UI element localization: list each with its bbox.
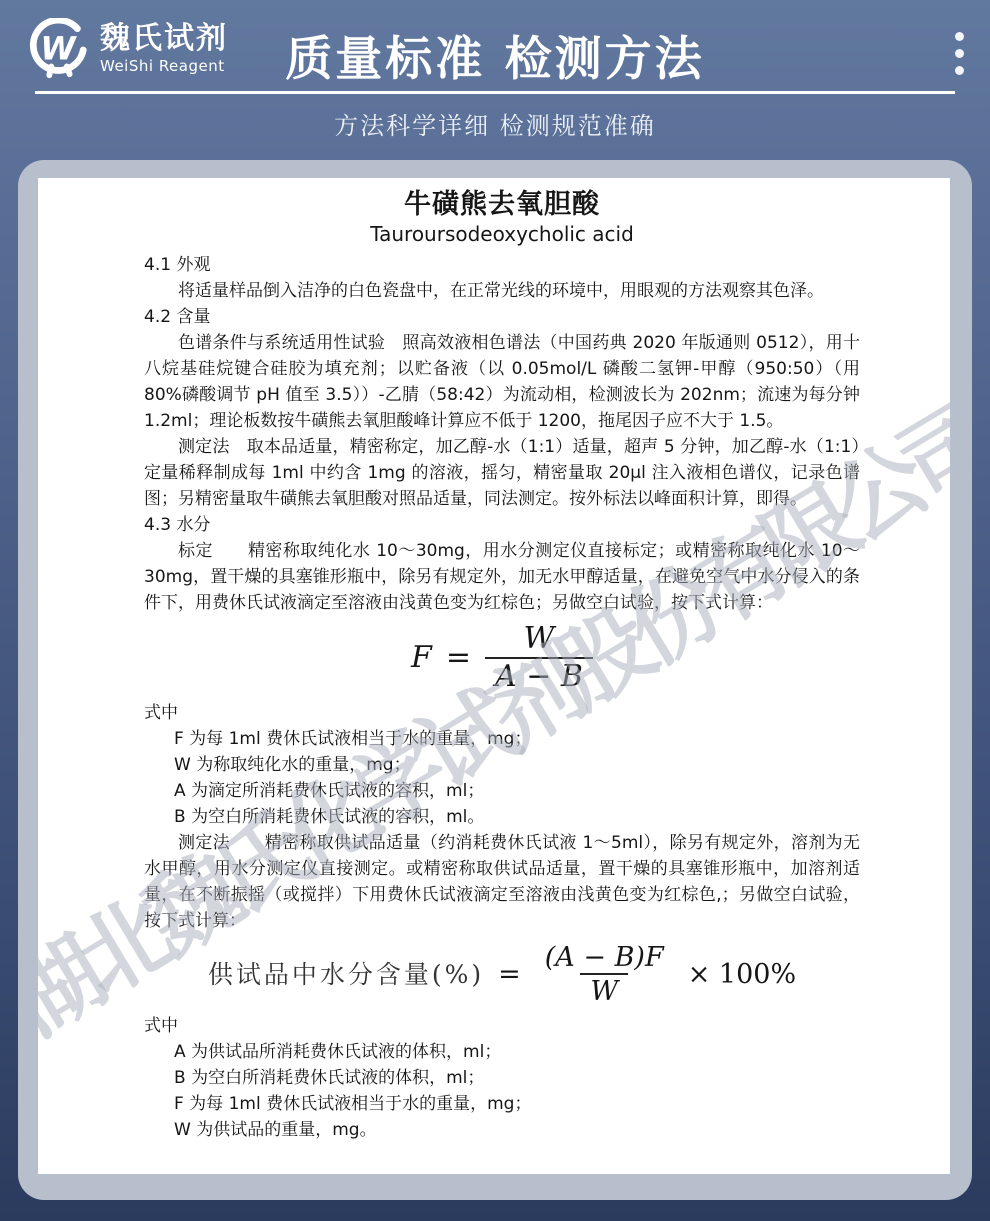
definition-item: F 为每 1ml 费休氏试液相当于水的重量，mg； (144, 726, 860, 752)
formula-1-numerator: W (514, 622, 565, 657)
formula-2-denominator: W (580, 973, 628, 1007)
formula-2-numerator: (A − B)F (535, 942, 674, 973)
page-header: W 魏氏试剂 WeiShi Reagent 质量标准 检测方法 方法科学详细 检… (0, 0, 990, 160)
paragraph-assay-conditions: 色谱条件与系统适用性试验 照高效液相色谱法（中国药典 2020 年版通则 051… (144, 330, 860, 434)
section-heading-4-1: 4.1 外观 (144, 252, 860, 278)
section-heading-4-3: 4.3 水分 (144, 512, 860, 538)
definition-item: W 为供试品的重量，mg。 (144, 1117, 860, 1143)
where-label-2: 式中 (144, 1013, 860, 1039)
dot (955, 66, 964, 75)
formula-1-lhs: F (411, 645, 432, 671)
dot (955, 32, 964, 41)
document-content: 牛磺熊去氧胆酸 Tauroursodeoxycholic acid 4.1 外观… (38, 178, 950, 1174)
definitions-list-1: F 为每 1ml 费休氏试液相当于水的重量，mg； W 为称取纯化水的重量，mg… (144, 726, 860, 830)
paragraph-water-determination: 测定法 精密称取供试品适量（约消耗费休氏试液 1～5ml），除另有规定外，溶剂为… (144, 830, 860, 934)
definition-item: A 为滴定所消耗费休氏试液的容积，ml； (144, 778, 860, 804)
formula-2-suffix: × 100% (688, 962, 796, 988)
equals-sign: = (446, 645, 471, 671)
definition-item: B 为空白所消耗费休氏试液的体积，ml； (144, 1065, 860, 1091)
definitions-list-2: A 为供试品所消耗费休氏试液的体积，ml； B 为空白所消耗费休氏试液的体积，m… (144, 1039, 860, 1143)
section-heading-4-2: 4.2 含量 (144, 304, 860, 330)
formula-1: F = W A − B (144, 622, 860, 694)
paragraph-assay-method: 测定法 取本品适量，精密称定，加乙醇-水（1:1）适量，超声 5 分钟，加乙醇-… (144, 434, 860, 512)
formula-2: 供试品中水分含量(%) = (A − B)F W × 100% (144, 942, 860, 1007)
definition-item: W 为称取纯化水的重量，mg； (144, 752, 860, 778)
document-page: 牛磺熊去氧胆酸 Tauroursodeoxycholic acid 4.1 外观… (38, 178, 950, 1174)
fraction: (A − B)F W (535, 942, 674, 1007)
definition-item: B 为空白所消耗费休氏试液的容积，ml。 (144, 804, 860, 830)
doc-title-en: Tauroursodeoxycholic acid (144, 222, 860, 246)
definition-item: A 为供试品所消耗费休氏试液的体积，ml； (144, 1039, 860, 1065)
paragraph-water-calibration: 标定 精密称取纯化水 10～30mg，用水分测定仪直接标定；或精密称取纯化水 1… (144, 538, 860, 616)
header-divider (35, 91, 955, 94)
definition-item: F 为每 1ml 费休氏试液相当于水的重量，mg； (144, 1091, 860, 1117)
page-title: 质量标准 检测方法 (0, 22, 990, 89)
header-subtitle: 方法科学详细 检测规范准确 (0, 106, 990, 141)
where-label-1: 式中 (144, 700, 860, 726)
dot (955, 49, 964, 58)
fraction: W A − B (485, 622, 593, 694)
formula-1-denominator: A − B (485, 657, 593, 695)
doc-title-cn: 牛磺熊去氧胆酸 (144, 188, 860, 222)
kebab-menu-icon[interactable] (955, 32, 964, 75)
equals-sign: = (498, 962, 521, 988)
formula-2-lhs: 供试品中水分含量(%) (208, 962, 484, 988)
paragraph-appearance: 将适量样品倒入洁净的白色瓷盘中，在正常光线的环境中，用眼观的方法观察其色泽。 (144, 278, 860, 304)
document-card: 牛磺熊去氧胆酸 Tauroursodeoxycholic acid 4.1 外观… (18, 160, 972, 1200)
